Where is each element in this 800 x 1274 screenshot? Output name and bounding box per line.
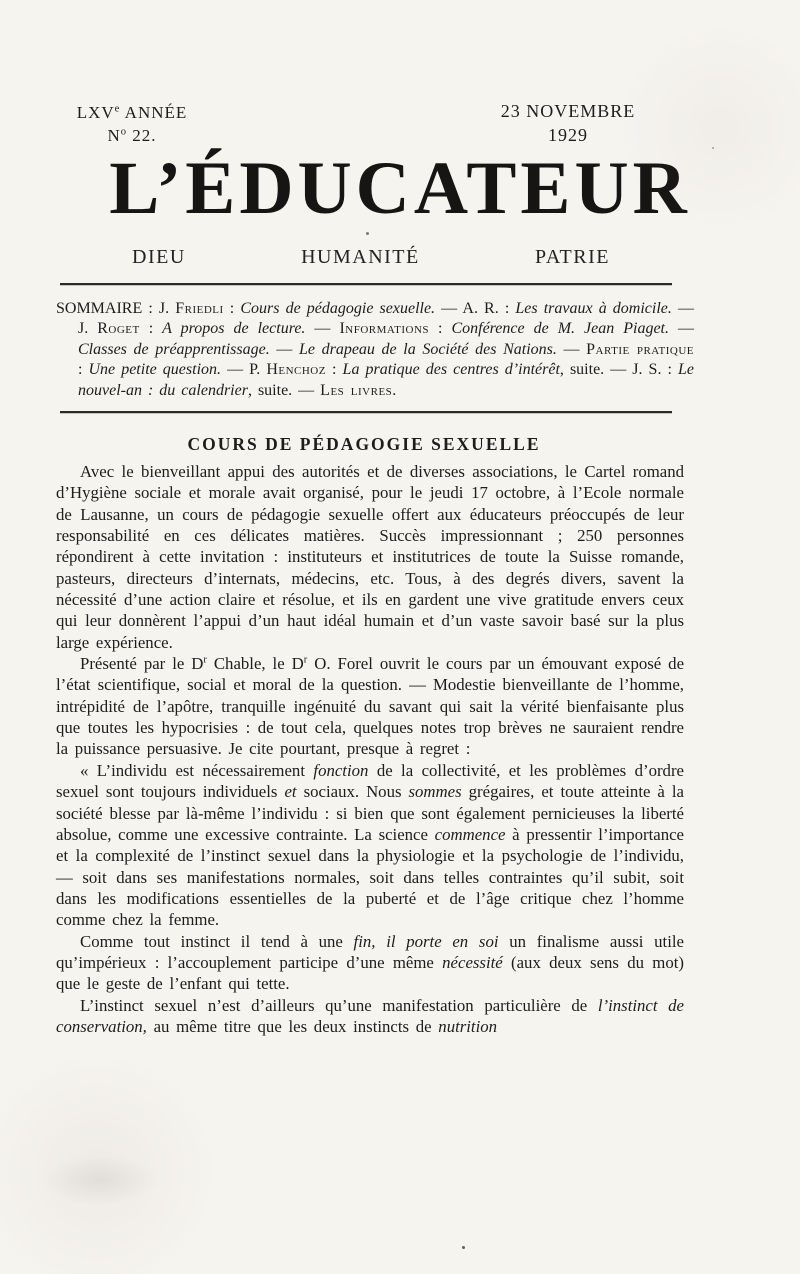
motto-dieu: DIEU — [132, 246, 186, 269]
article-body: Avec le bienveillant appui des autorités… — [56, 461, 684, 1037]
scan-smudge — [40, 1155, 160, 1205]
article-title: COURS DE PÉDAGOGIE SEXUELLE — [56, 434, 672, 455]
divider-rule-bottom — [60, 411, 672, 413]
article-paragraph: Présenté par le Dr Chable, le Dr O. Fore… — [56, 653, 684, 760]
scanned-page: LXVe ANNÉE No 22. 23 NOVEMBRE 1929 L’ÉDU… — [0, 0, 800, 1274]
scan-speck — [462, 1246, 465, 1249]
article-paragraph: Comme tout instinct il tend à une fin, i… — [56, 931, 684, 995]
date-line: 23 NOVEMBRE — [486, 99, 650, 123]
article-paragraph: « L’individu est nécessairement fonction… — [56, 760, 684, 931]
motto-patrie: PATRIE — [535, 246, 610, 269]
year-line: 1929 — [486, 123, 650, 147]
article-paragraph: Avec le bienveillant appui des autorités… — [56, 461, 684, 653]
motto-humanite: HUMANITÉ — [301, 246, 420, 269]
issue-date: 23 NOVEMBRE 1929 — [486, 99, 650, 147]
scan-speck — [712, 147, 714, 149]
article-paragraph: L’instinct sexuel n’est d’ailleurs qu’un… — [56, 995, 684, 1038]
masthead-title: L’ÉDUCATEUR — [0, 146, 800, 232]
issue-number-line: No 22. — [66, 124, 198, 147]
summary-block: SOMMAIRE : J. Friedli : Cours de pédagog… — [56, 299, 694, 401]
motto-row: DIEU HUMANITÉ PATRIE — [132, 246, 610, 269]
scan-speck — [366, 232, 369, 235]
volume-line: LXVe ANNÉE — [66, 101, 198, 124]
divider-rule-top — [60, 283, 672, 285]
issue-info: LXVe ANNÉE No 22. — [66, 101, 198, 147]
